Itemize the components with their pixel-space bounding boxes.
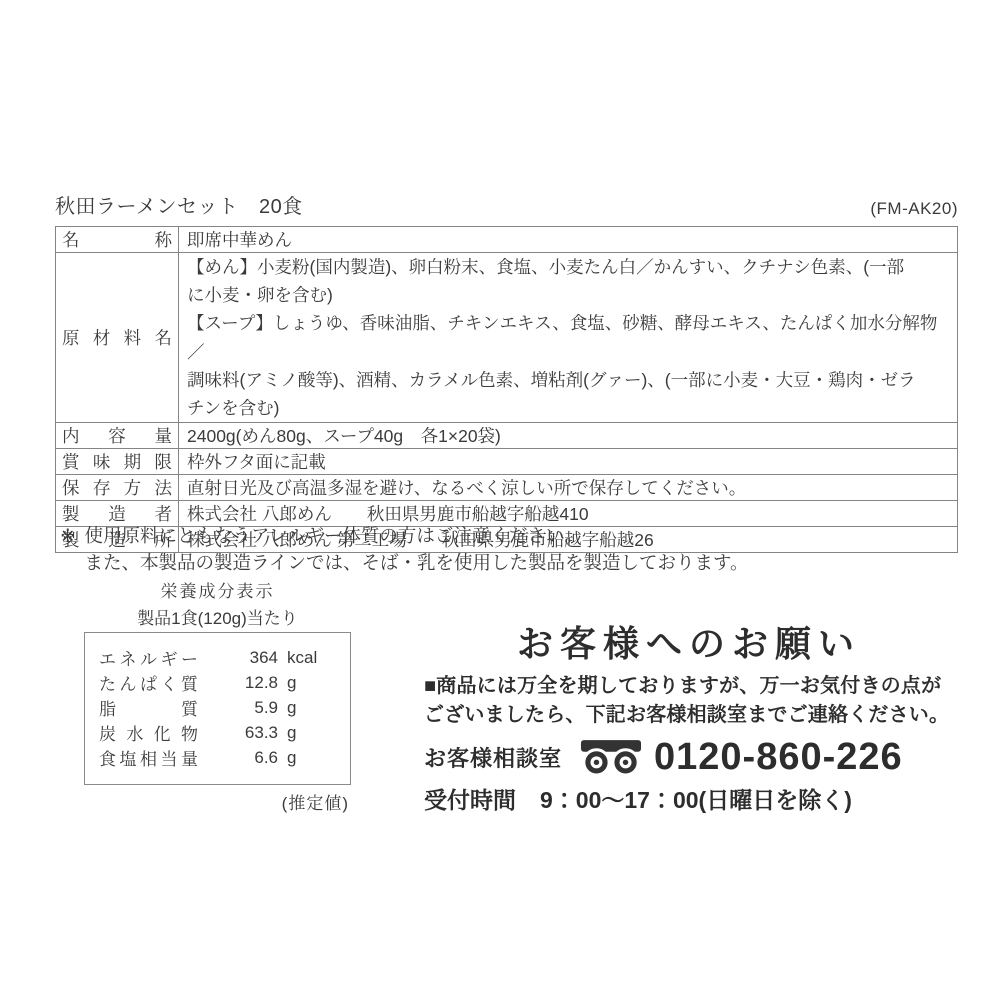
spec-value-storage: 直射日光及び高温多湿を避け、なるべく涼しい所で保存してください。 [179,475,958,501]
spec-value-expiry: 枠外フタ面に記載 [179,449,958,475]
table-row: 名称 即席中華めん [56,227,958,253]
nutrient-unit-salt: g [282,745,336,770]
nutrition-estimate-note: (推定値) [84,789,351,814]
product-title: 秋田ラーメンセット 20食 [55,190,303,219]
contact-room-label: お客様相談室 [424,742,562,773]
nutrition-row: 炭水化物 63.3 g [99,720,336,745]
nutrition-subtitle: 製品1食(120g)当たり [84,604,351,629]
hours-label: 受付時間 [424,782,516,815]
nutrient-label-protein: たんぱく質 [99,670,199,695]
nutrition-panel: 栄養成分表示 製品1食(120g)当たり エネルギー 364 kcal たんぱく… [84,577,351,814]
nutrient-label-energy: エネルギー [99,645,199,670]
table-row: 内容量 2400g(めん80g、スープ40g 各1×20袋) [56,423,958,449]
nutrient-value-fat: 5.9 [199,695,282,720]
customer-phone-row: お客様相談室 0120-860-226 [424,736,954,779]
product-code: (FM-AK20) [870,199,958,219]
allergy-note-text: 使用原料にともなうアレルギー体質の方はご注意ください。 また、本製品の製造ライン… [85,523,749,576]
spec-table: 名称 即席中華めん 原材料名 【めん】小麦粉(国内製造)、卵白粉末、食塩、小麦た… [55,226,958,553]
nutrient-value-carbs: 63.3 [199,720,282,745]
nutrition-row: 食塩相当量 6.6 g [99,745,336,770]
freedial-icon [580,739,642,776]
customer-notice-panel: お客様へのお願い ■商品には万全を期しておりますが、万一お気付きの点が ございま… [424,616,954,815]
spec-label-amount: 内容量 [56,423,179,449]
spec-value-name: 即席中華めん [179,227,958,253]
nutrition-row: たんぱく質 12.8 g [99,670,336,695]
nutrient-unit-protein: g [282,670,336,695]
nutrition-title: 栄養成分表示 [84,577,351,602]
nutrient-unit-fat: g [282,695,336,720]
customer-hours-row: 受付時間 9：00～17：00(日曜日を除く) [424,782,954,815]
customer-heading: お客様へのお願い [424,616,954,667]
nutrient-label-salt: 食塩相当量 [99,745,199,770]
table-row: 保存方法 直射日光及び高温多湿を避け、なるべく涼しい所で保存してください。 [56,475,958,501]
nutrition-row: エネルギー 364 kcal [99,645,336,670]
nutrient-label-fat: 脂質 [99,695,199,720]
table-row: 賞味期限 枠外フタ面に記載 [56,449,958,475]
product-label-sheet: 秋田ラーメンセット 20食 (FM-AK20) 名称 即席中華めん 原材料名 【… [0,0,1000,1000]
nutrition-row: 脂質 5.9 g [99,695,336,720]
nutrient-label-carbs: 炭水化物 [99,720,199,745]
nutrient-unit-energy: kcal [282,645,336,670]
spec-label-storage: 保存方法 [56,475,179,501]
hours-value: 9：00～17：00(日曜日を除く) [540,782,852,815]
nutrient-value-energy: 364 [199,645,282,670]
nutrient-value-salt: 6.6 [199,745,282,770]
nutrition-box: エネルギー 364 kcal たんぱく質 12.8 g 脂質 5.9 g [84,632,351,785]
spec-value-amount: 2400g(めん80g、スープ40g 各1×20袋) [179,423,958,449]
table-row: 原材料名 【めん】小麦粉(国内製造)、卵白粉末、食塩、小麦たん白／かんすい、クチ… [56,253,958,423]
spec-label-ingredients: 原材料名 [56,253,179,423]
spec-label-expiry: 賞味期限 [56,449,179,475]
spec-label-name: 名称 [56,227,179,253]
tollfree-phone-number: 0120-860-226 [654,736,903,779]
customer-body-text: ■商品には万全を期しておりますが、万一お気付きの点が ございましたら、下記お客様… [424,672,954,729]
nutrient-value-protein: 12.8 [199,670,282,695]
allergy-note: ※ 使用原料にともなうアレルギー体質の方はご注意ください。 また、本製品の製造ラ… [60,523,748,576]
header: 秋田ラーメンセット 20食 (FM-AK20) [55,190,958,219]
nutrition-table: エネルギー 364 kcal たんぱく質 12.8 g 脂質 5.9 g [99,645,336,770]
nutrient-unit-carbs: g [282,720,336,745]
note-marker: ※ [60,523,76,576]
spec-value-ingredients: 【めん】小麦粉(国内製造)、卵白粉末、食塩、小麦たん白／かんすい、クチナシ色素、… [179,253,958,423]
